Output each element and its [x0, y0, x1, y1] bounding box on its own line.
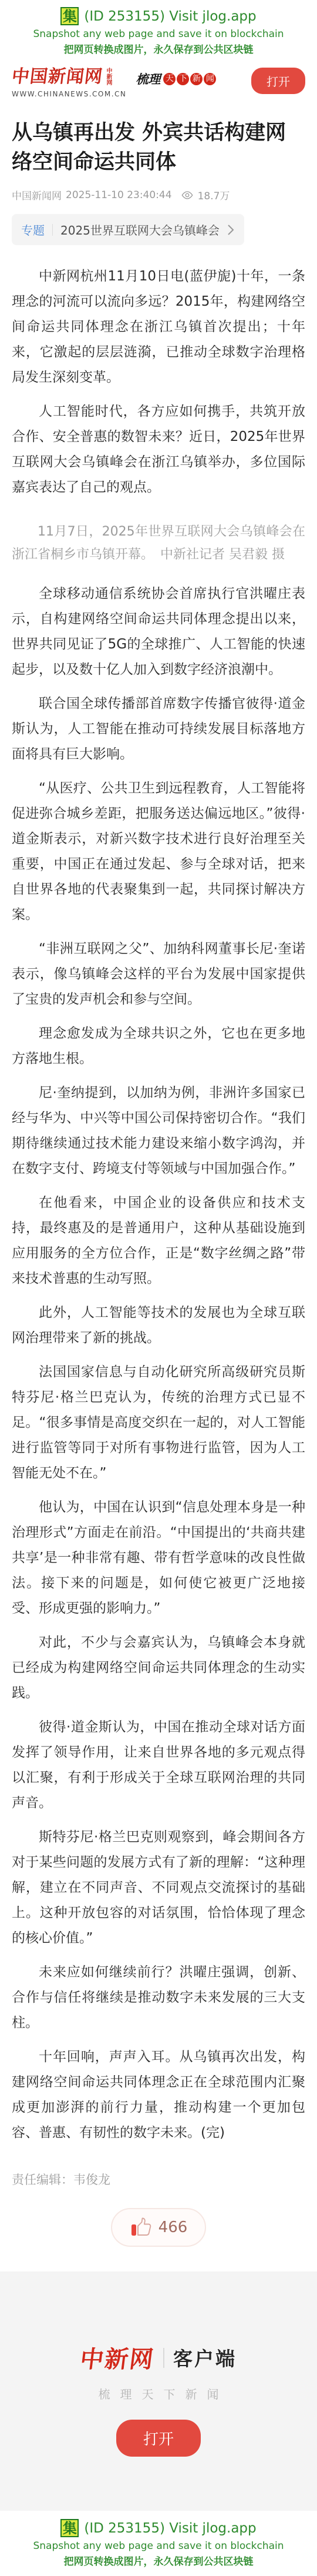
- site-header: 中国新闻网 中新网 WWW.CHINANEWS.COM.CN 梳理 天 下 新 …: [0, 61, 317, 104]
- topic-divider: [52, 224, 53, 236]
- topic-title: 2025世界互联网大会乌镇峰会: [60, 221, 220, 238]
- article-meta: 中国新闻网 2025-11-10 23:40:44 18.7万: [12, 188, 305, 202]
- app-footer: 中新网 客户端 梳理天下新闻 打开: [0, 2271, 317, 2511]
- topic-chip[interactable]: 专题 2025世界互联网大会乌镇峰会: [12, 214, 244, 245]
- footer-logo-divider: [163, 2348, 164, 2368]
- paragraph: 人工智能时代，各方应如何携手，共筑开放合作、安全普惠的数智未来？近日，2025年…: [12, 399, 305, 500]
- paragraph: 理念愈发成为全球共识之外，它也在更多地方落地生根。: [12, 1021, 305, 1072]
- slogan-prefix: 梳理: [136, 70, 160, 88]
- slogan-badge: 新: [190, 73, 203, 85]
- view-count: 18.7万: [198, 188, 230, 202]
- footer-logo-red-text: 中新网: [79, 2341, 157, 2374]
- jlog-logo-icon: 集: [60, 7, 79, 25]
- paragraph: 法国国家信息与自动化研究所高级研究员斯特芬尼·格兰巴克认为，传统的治理方式已显不…: [12, 1360, 305, 1486]
- page-title: 从乌镇再出发 外宾共话构建网络空间命运共同体: [12, 118, 305, 177]
- like-section: 466: [0, 2208, 317, 2247]
- paragraph: 在他看来，中国企业的设备供应和技术支持，最终惠及的是普通用户，这种从基础设施到应…: [12, 1190, 305, 1292]
- paragraph: 此外，人工智能等技术的发展也为全球互联网治理带来了新的挑战。: [12, 1300, 305, 1351]
- paragraph: “从医疗、公共卫生到远程教育，人工智能将促进弥合城乡差距，把服务送达偏远地区。”…: [12, 776, 305, 928]
- footer-tagline: 梳理天下新闻: [0, 2385, 317, 2402]
- thumbs-up-icon: [130, 2217, 152, 2238]
- open-app-button-bottom[interactable]: 打开: [116, 2420, 201, 2457]
- footer-logo-black-text: 客户端: [173, 2344, 237, 2371]
- jlog-banner-bottom: 集 (ID 253155) Visit jlog.app Snapshot an…: [0, 2511, 317, 2576]
- photo-caption: 11月7日，2025年世界互联网大会乌镇峰会在浙江省桐乡市乌镇开幕。 中新社记者…: [12, 520, 305, 566]
- paragraph: 未来应如何继续前行？洪曜庄强调，创新、合作与信任将继续是推动数字未来发展的三大支…: [12, 1960, 305, 2036]
- paragraph: 对此，不少与会嘉宾认为，乌镇峰会本身就已经成为构建网络空间命运共同体理念的生动实…: [12, 1630, 305, 1706]
- jlog-banner-top: 集 (ID 253155) Visit jlog.app Snapshot an…: [0, 0, 317, 61]
- like-count: 466: [158, 2219, 188, 2236]
- views-eye-icon: [181, 190, 194, 200]
- paragraph: 十年回响，声声入耳。从乌镇再次出发，构建网络空间命运共同体理念正在全球范围内汇聚…: [12, 2045, 305, 2146]
- paragraph: “非洲互联网之父”、加纳科网董事长尼·奎诺表示，像乌镇峰会这样的平台为发展中国家…: [12, 936, 305, 1012]
- topic-tag-label: 专题: [21, 221, 45, 238]
- chinanews-url: WWW.CHINANEWS.COM.CN: [12, 90, 126, 98]
- news-article-page: { "banner": { "icon": "集", "link_text": …: [0, 0, 317, 2576]
- jlog-subtitle-cn: 把网页转换成图片，永久保存到公共区块链: [6, 2553, 311, 2568]
- footer-logo: 中新网 客户端: [0, 2341, 317, 2374]
- open-app-button-top[interactable]: 打开: [251, 68, 305, 94]
- article-source: 中国新闻网: [12, 188, 62, 202]
- paragraph: 联合国全球传播部首席数字传播官彼得·道金斯认为，人工智能在推动可持续发展目标落地…: [12, 691, 305, 767]
- slogan-badge: 闻: [204, 73, 216, 85]
- jlog-subtitle-en: Snapshot any web page and save it on blo…: [6, 28, 311, 40]
- paragraph: 斯特芬尼·格兰巴克则观察到，峰会期间各方对于某些问题的发展方式有了新的理解：“这…: [12, 1825, 305, 1951]
- chinanews-logo[interactable]: 中国新闻网 中新网 WWW.CHINANEWS.COM.CN: [12, 68, 126, 98]
- chevron-right-icon: [227, 223, 235, 237]
- slogan: 梳理 天 下 新 闻: [136, 70, 216, 88]
- jlog-subtitle-en: Snapshot any web page and save it on blo…: [6, 2540, 311, 2552]
- paragraph: 彼得·道金斯认为，中国在推动全球对话方面发挥了领导作用，让来自世界各地的多元观点…: [12, 1715, 305, 1816]
- jlog-link[interactable]: (ID 253155) Visit jlog.app: [84, 2521, 256, 2536]
- like-button[interactable]: 466: [111, 2208, 207, 2247]
- slogan-badge: 下: [177, 73, 189, 85]
- jlog-logo-icon: 集: [60, 2519, 79, 2537]
- paragraph: 尼·奎纳提到，以加纳为例，非洲许多国家已经与华为、中兴等中国公司保持密切合作。“…: [12, 1080, 305, 1182]
- jlog-link[interactable]: (ID 253155) Visit jlog.app: [84, 9, 256, 24]
- chinanews-logo-text: 中国新闻网: [11, 68, 104, 86]
- editor-credit: 责任编辑：韦俊龙: [12, 2170, 305, 2188]
- article-time: 2025-11-10 23:40:44: [66, 189, 172, 201]
- paragraph: 他认为，中国在认识到“信息处理本身是一种治理形式”方面走在前沿。“中国提出的‘共…: [12, 1495, 305, 1621]
- paragraph: 中新网杭州11月10日电(蓝伊旎)十年，一条理念的河流可以流向多远？2015年，…: [12, 264, 305, 390]
- article-body: 中新网杭州11月10日电(蓝伊旎)十年，一条理念的河流可以流向多远？2015年，…: [12, 264, 305, 2188]
- paragraph: 全球移动通信系统协会首席执行官洪曜庄表示，自构建网络空间命运共同体理念提出以来，…: [12, 581, 305, 683]
- jlog-subtitle-cn: 把网页转换成图片，永久保存到公共区块链: [6, 41, 311, 56]
- chinanews-logo-side-text: 中新网: [105, 68, 112, 88]
- slogan-badge: 天: [163, 73, 176, 85]
